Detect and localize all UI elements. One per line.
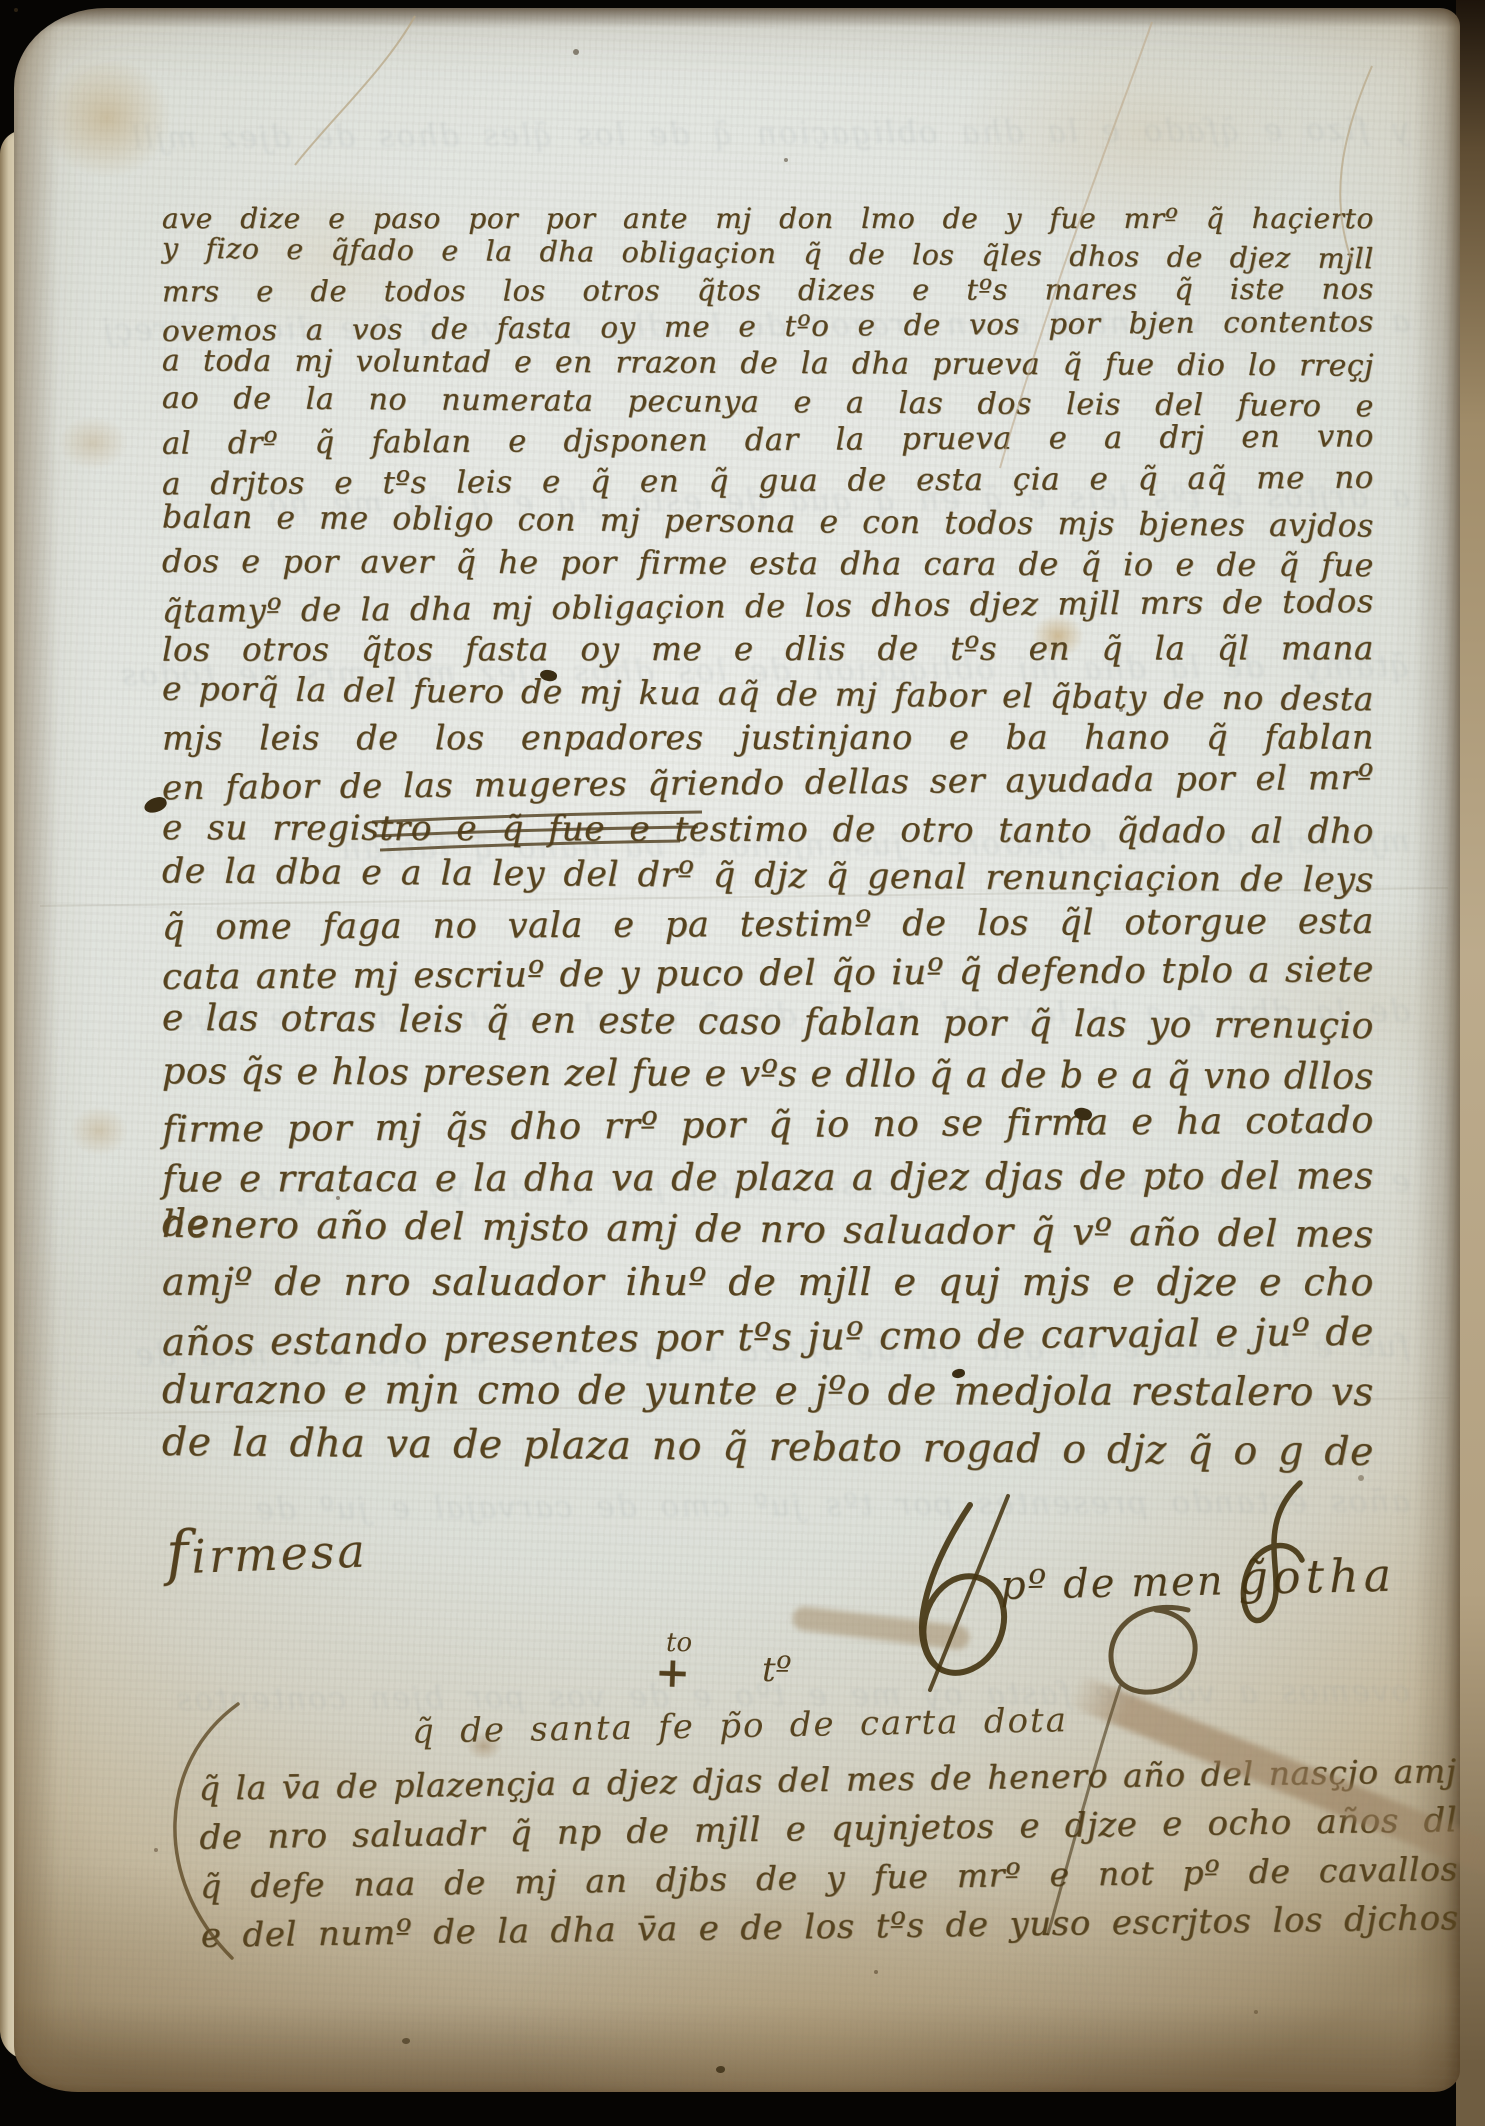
manuscript-line: q̃ ome faga no vala e pa testimº de los … [162,901,1374,948]
manuscript-line: mjs leis de los enpadores justinjano e b… [162,718,1374,758]
manuscript-line: cata ante mj escriuº de y puco del q̃o i… [162,949,1374,998]
manuscript-line: q̃ defe naa de mj an djbs de y fue mrº e… [200,1849,1458,1906]
manuscript-page: y fizo e q̃fado e la dha obligaçion q̃ d… [14,8,1460,2092]
manuscript-line: firme por mj q̃s dho rrº por q̃ io no se… [162,1098,1374,1151]
paper-stain [70,1106,128,1156]
paper-stain [58,416,128,470]
manuscript-line: e porq̃ la del fuero de mj kua aq̃ de mj… [162,668,1374,718]
manuscript-line: dos e por aver q̃ he por firme esta dha … [162,543,1374,584]
manuscript-line: en fabor de las mugeres q̃riendo dellas … [162,758,1374,807]
manuscript-line: durazno e mjn cmo de yunte e jºo de medj… [162,1368,1374,1415]
manuscript-line: ovemos a vos de fasta oy me e tºo e de v… [162,304,1374,348]
manuscript-line: e del numº de la dha v̄a e de los tºs de… [201,1898,1459,1956]
manuscript-line: a toda mj voluntad e en rrazon de la dha… [162,344,1374,384]
manuscript-line: mrs e de todos los otros q̃tos dizes e t… [162,271,1374,308]
manuscript-line: los otros q̃tos fasta oy me e dlis de tº… [162,629,1374,668]
ink-smudge-small [791,1605,971,1651]
ink-blot [402,2038,410,2044]
main-text-block: ave dize e paso por por ante mj don lmo … [162,202,1374,1532]
manuscript-line: y fizo e q̃fado e la dha obligaçion q̃ d… [162,232,1374,276]
manuscript-line: al drº q̃ fablan e djsponen dar la pruev… [162,420,1374,462]
paper-stain [42,58,172,178]
manuscript-line: de la dba e a la ley del drº q̃ djz q̃ g… [162,852,1374,901]
signature-text: pº de men [1000,1558,1225,1609]
manuscript-scan: y fizo e q̃fado e la dha obligaçion q̃ d… [0,0,1485,2126]
stacked-sheet-edges-right [1456,0,1485,2126]
manuscript-line: q̃ la v̄a de plazençja a djez djas del m… [199,1751,1457,1808]
manuscript-line: e su rregistro e q̃ fue e testimo de otr… [162,808,1374,852]
notary-signature: pº de meng̃otha [999,1548,1396,1610]
ink-blot [716,2066,725,2073]
bottom-text-block: q̃ la v̄a de plazençja a djez djas del m… [199,1751,1460,1989]
manuscript-line: a drjtos e tºs leis e q̃ en q̃ gua de es… [162,460,1374,503]
manuscript-line: de la dha va de plaza no q̃ rebato rogad… [162,1420,1374,1475]
section-heading: q̃ de santa fe p̃o de carta dota [412,1700,1069,1751]
manuscript-line: henero año del mjsto amj de nro saluador… [162,1202,1374,1256]
closing-word: firmesa [165,1509,437,1588]
manuscript-line: ave dize e paso por por ante mj don lmo … [162,202,1374,235]
manuscript-line: ao de la no numerata pecunya e a las dos… [162,380,1374,423]
manuscript-line: e las otras leis q̃ en este caso fablan … [162,998,1374,1047]
manuscript-line: de nro saluadr q̃ np de mjll e qujnjetos… [199,1800,1457,1858]
manuscript-line: q̃tamyº de la dha mj obligaçion de los d… [162,582,1374,630]
manuscript-line: balan e me obligo con mj persona e con t… [162,499,1374,544]
bleedthrough-text: y fizo e q̃fado e la dha obligaçion q̃ d… [50,111,1410,156]
manuscript-line: pos q̃s e hlos presen zel fue e vºs e dl… [162,1049,1374,1097]
marginal-cross-mark: + [654,1647,691,1697]
signature-flourish-letters: g̃otha [1238,1548,1397,1605]
ink-specks [14,8,18,12]
marginal-t-mark: tº [762,1650,792,1690]
manuscript-line: amjº de nro saluador ihuº de mjll e quj … [162,1260,1374,1304]
manuscript-line: años estando presentes por tºs juº cmo d… [162,1309,1374,1365]
